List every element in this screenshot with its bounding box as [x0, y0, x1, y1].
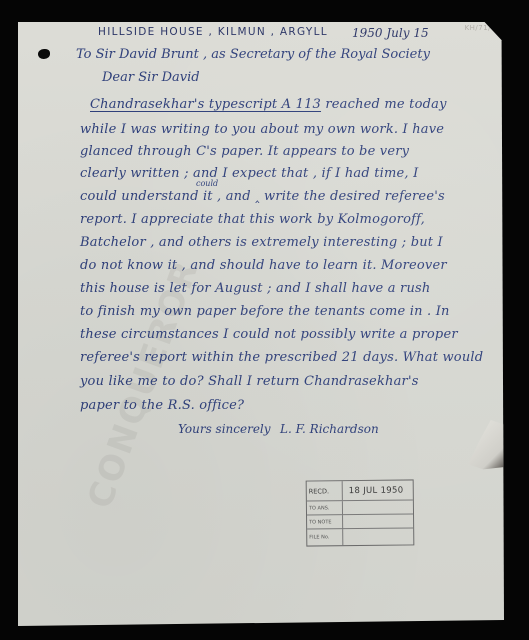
stamp-row-file-no: FILE No.: [307, 527, 413, 545]
body-line: paper to the R.S. office?: [80, 398, 244, 413]
signature: L. F. Richardson: [280, 422, 379, 436]
body-line: could understand it , and ‸ write the de…: [80, 189, 445, 204]
stamp-received-date: 18 JUL 1950: [343, 480, 413, 500]
letter-date: 1950 July 15: [352, 26, 429, 40]
body-line: this house is let for August ; and I sha…: [80, 281, 430, 296]
received-stamp: RECD. 18 JUL 1950 TO ANS. TO NOTE FILE N…: [306, 479, 415, 546]
body-line: while I was writing to you about my own …: [80, 122, 444, 137]
archive-reference: KH/71/1: [465, 24, 496, 32]
closing: Yours sincerely: [178, 422, 271, 436]
body-line: do not know it , and should have to lear…: [80, 258, 447, 273]
body-line: referee's report within the prescribed 2…: [80, 350, 483, 365]
letterhead-address: HILLSIDE HOUSE , KILMUN , ARGYLL: [98, 26, 328, 38]
recipient-line: To Sir David Brunt , as Secretary of the…: [76, 47, 430, 62]
stamp-label: FILE No.: [307, 529, 343, 545]
stamp-label: RECD.: [307, 481, 343, 500]
torn-corner: [468, 420, 506, 472]
salutation: Dear Sir David: [102, 70, 200, 85]
body-line: these circumstances I could not possibly…: [80, 327, 458, 342]
body-line: to finish my own paper before the tenant…: [80, 304, 450, 319]
body-line: Chandrasekhar's typescript A 113 reached…: [90, 97, 447, 112]
stamp-row-received: RECD. 18 JUL 1950: [307, 480, 413, 500]
body-line: Batchelor , and others is extremely inte…: [80, 235, 443, 250]
stamp-value: [343, 528, 413, 545]
body-line: report. I appreciate that this work by K…: [80, 212, 425, 227]
letter-page: KH/71/1 CONQUEROR HILLSIDE HOUSE , KILMU…: [18, 22, 504, 626]
underlined-reference: Chandrasekhar's typescript A 113: [90, 97, 321, 112]
body-line: glanced through C's paper. It appears to…: [80, 144, 409, 159]
body-line: clearly written ; and I expect that , if…: [80, 166, 418, 181]
body-line: you like me to do? Shall I return Chandr…: [80, 374, 419, 389]
inserted-word: could: [196, 179, 218, 188]
body-line-text: reached me today: [321, 97, 447, 112]
punch-hole: [38, 49, 50, 59]
